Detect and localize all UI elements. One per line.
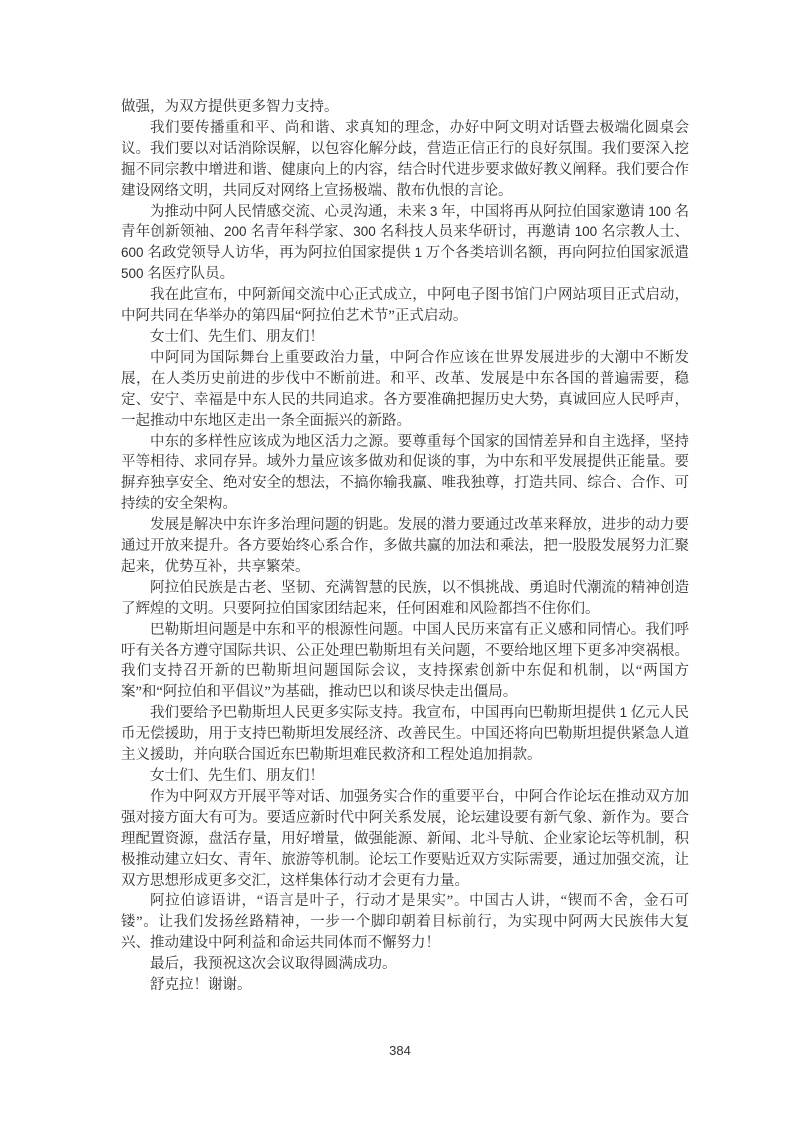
paragraph: 我们要给予巴勒斯坦人民更多实际支持。我宣布，中国再向巴勒斯坦提供 1 亿元人民币… [121, 703, 689, 766]
paragraph: 舒克拉！谢谢。 [121, 975, 689, 996]
numeral: 1 [414, 245, 422, 260]
paragraph: 阿拉伯民族是古老、坚韧、充满智慧的民族，以不惧挑战、勇追时代潮流的精神创造了辉煌… [121, 578, 689, 620]
paragraph: 女士们、先生们、朋友们！ [121, 327, 689, 348]
numeral: 100 [648, 204, 671, 219]
numeral: 600 [121, 245, 144, 260]
page-body-text: 做强，为双方提供更多智力支持。我们要传播重和平、尚和谐、求真知的理念，办好中阿文… [121, 97, 689, 996]
paragraph: 巴勒斯坦问题是中东和平的根源性问题。中国人民历来富有正义感和同情心。我们呼吁有关… [121, 620, 689, 704]
page-number: 384 [0, 1043, 800, 1058]
paragraph: 中阿同为国际舞台上重要政治力量，中阿合作应该在世界发展进步的大潮中不断发展，在人… [121, 348, 689, 432]
numeral: 500 [121, 266, 144, 281]
paragraph: 我们要传播重和平、尚和谐、求真知的理念，办好中阿文明对话暨去极端化圆桌会议。我们… [121, 118, 689, 202]
paragraph: 阿拉伯谚语讲，“语言是叶子，行动才是果实”。中国古人讲，“锲而不舍，金石可镂”。… [121, 891, 689, 954]
numeral: 200 [224, 224, 247, 239]
document-page: 做强，为双方提供更多智力支持。我们要传播重和平、尚和谐、求真知的理念，办好中阿文… [0, 0, 800, 1133]
paragraph: 女士们、先生们、朋友们！ [121, 766, 689, 787]
paragraph: 发展是解决中东许多治理问题的钥匙。发展的潜力要通过改革来释放，进步的动力要通过开… [121, 515, 689, 578]
paragraph: 最后，我预祝这次会议取得圆满成功。 [121, 954, 689, 975]
paragraph: 做强，为双方提供更多智力支持。 [121, 97, 689, 118]
numeral: 1 [620, 705, 628, 720]
paragraph: 我在此宣布，中阿新闻交流中心正式成立，中阿电子图书馆门户网站项目正式启动，中阿共… [121, 285, 689, 327]
paragraph: 作为中阿双方开展平等对话、加强务实合作的重要平台，中阿合作论坛在推动双方加强对接… [121, 787, 689, 892]
paragraph: 中东的多样性应该成为地区活力之源。要尊重每个国家的国情差异和自主选择，坚持平等相… [121, 432, 689, 516]
numeral: 100 [575, 224, 598, 239]
numeral: 3 [430, 204, 438, 219]
numeral: 300 [353, 224, 376, 239]
paragraph: 为推动中阿人民情感交流、心灵沟通，未来 3 年，中国将再从阿拉伯国家邀请 100… [121, 202, 689, 286]
